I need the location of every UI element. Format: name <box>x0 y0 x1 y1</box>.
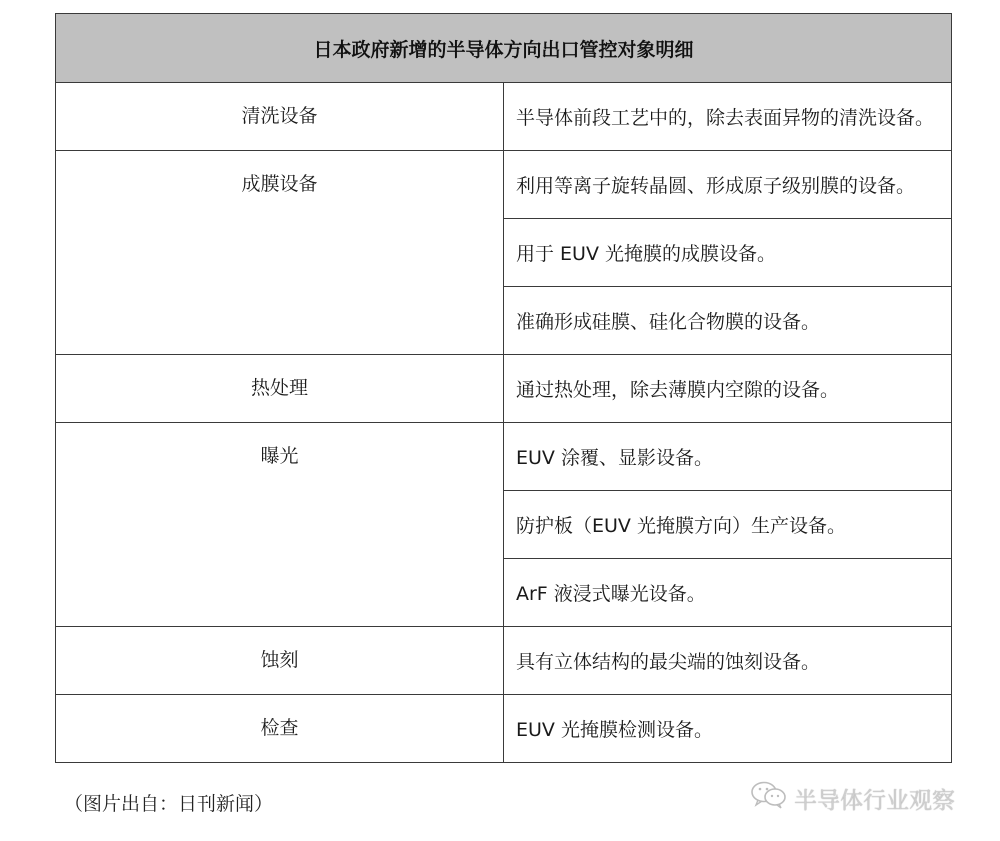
watermark: 半导体行业观察 <box>750 780 955 816</box>
wechat-icon <box>750 780 794 816</box>
description-cell: 防护板（EUV 光掩膜方向）生产设备。 <box>504 491 952 559</box>
category-cell: 成膜设备 <box>56 151 504 355</box>
description-cell: ArF 液浸式曝光设备。 <box>504 559 952 627</box>
description-cell: 利用等离子旋转晶圆、形成原子级别膜的设备。 <box>504 151 952 219</box>
table-row: 曝光 EUV 涂覆、显影设备。 <box>56 423 952 491</box>
category-label: 蚀刻 <box>56 627 503 694</box>
category-label: 成膜设备 <box>56 151 503 218</box>
description-cell: EUV 涂覆、显影设备。 <box>504 423 952 491</box>
export-control-table: 日本政府新增的半导体方向出口管控对象明细 清洗设备 半导体前段工艺中的，除去表面… <box>55 13 952 763</box>
table-row: 热处理 通过热处理，除去薄膜内空隙的设备。 <box>56 355 952 423</box>
description-cell: 用于 EUV 光掩膜的成膜设备。 <box>504 219 952 287</box>
category-label: 检查 <box>56 695 503 762</box>
table-row: 检查 EUV 光掩膜检测设备。 <box>56 695 952 763</box>
source-footnote: （图片出自：日刊新闻） <box>64 789 273 816</box>
table-row: 清洗设备 半导体前段工艺中的，除去表面异物的清洗设备。 <box>56 83 952 151</box>
description-cell: 准确形成硅膜、硅化合物膜的设备。 <box>504 287 952 355</box>
description-cell: 通过热处理，除去薄膜内空隙的设备。 <box>504 355 952 423</box>
category-cell: 检查 <box>56 695 504 763</box>
description-cell: 半导体前段工艺中的，除去表面异物的清洗设备。 <box>504 83 952 151</box>
description-cell: 具有立体结构的最尖端的蚀刻设备。 <box>504 627 952 695</box>
category-cell: 蚀刻 <box>56 627 504 695</box>
category-cell: 热处理 <box>56 355 504 423</box>
table-header-row: 日本政府新增的半导体方向出口管控对象明细 <box>56 14 952 83</box>
table-row: 成膜设备 利用等离子旋转晶圆、形成原子级别膜的设备。 <box>56 151 952 219</box>
category-cell: 曝光 <box>56 423 504 627</box>
category-cell: 清洗设备 <box>56 83 504 151</box>
category-label: 曝光 <box>56 423 503 490</box>
category-label: 清洗设备 <box>56 83 503 150</box>
table-row: 蚀刻 具有立体结构的最尖端的蚀刻设备。 <box>56 627 952 695</box>
table-title: 日本政府新增的半导体方向出口管控对象明细 <box>56 14 952 83</box>
description-cell: EUV 光掩膜检测设备。 <box>504 695 952 763</box>
category-label: 热处理 <box>56 355 503 422</box>
watermark-text: 半导体行业观察 <box>794 782 955 815</box>
